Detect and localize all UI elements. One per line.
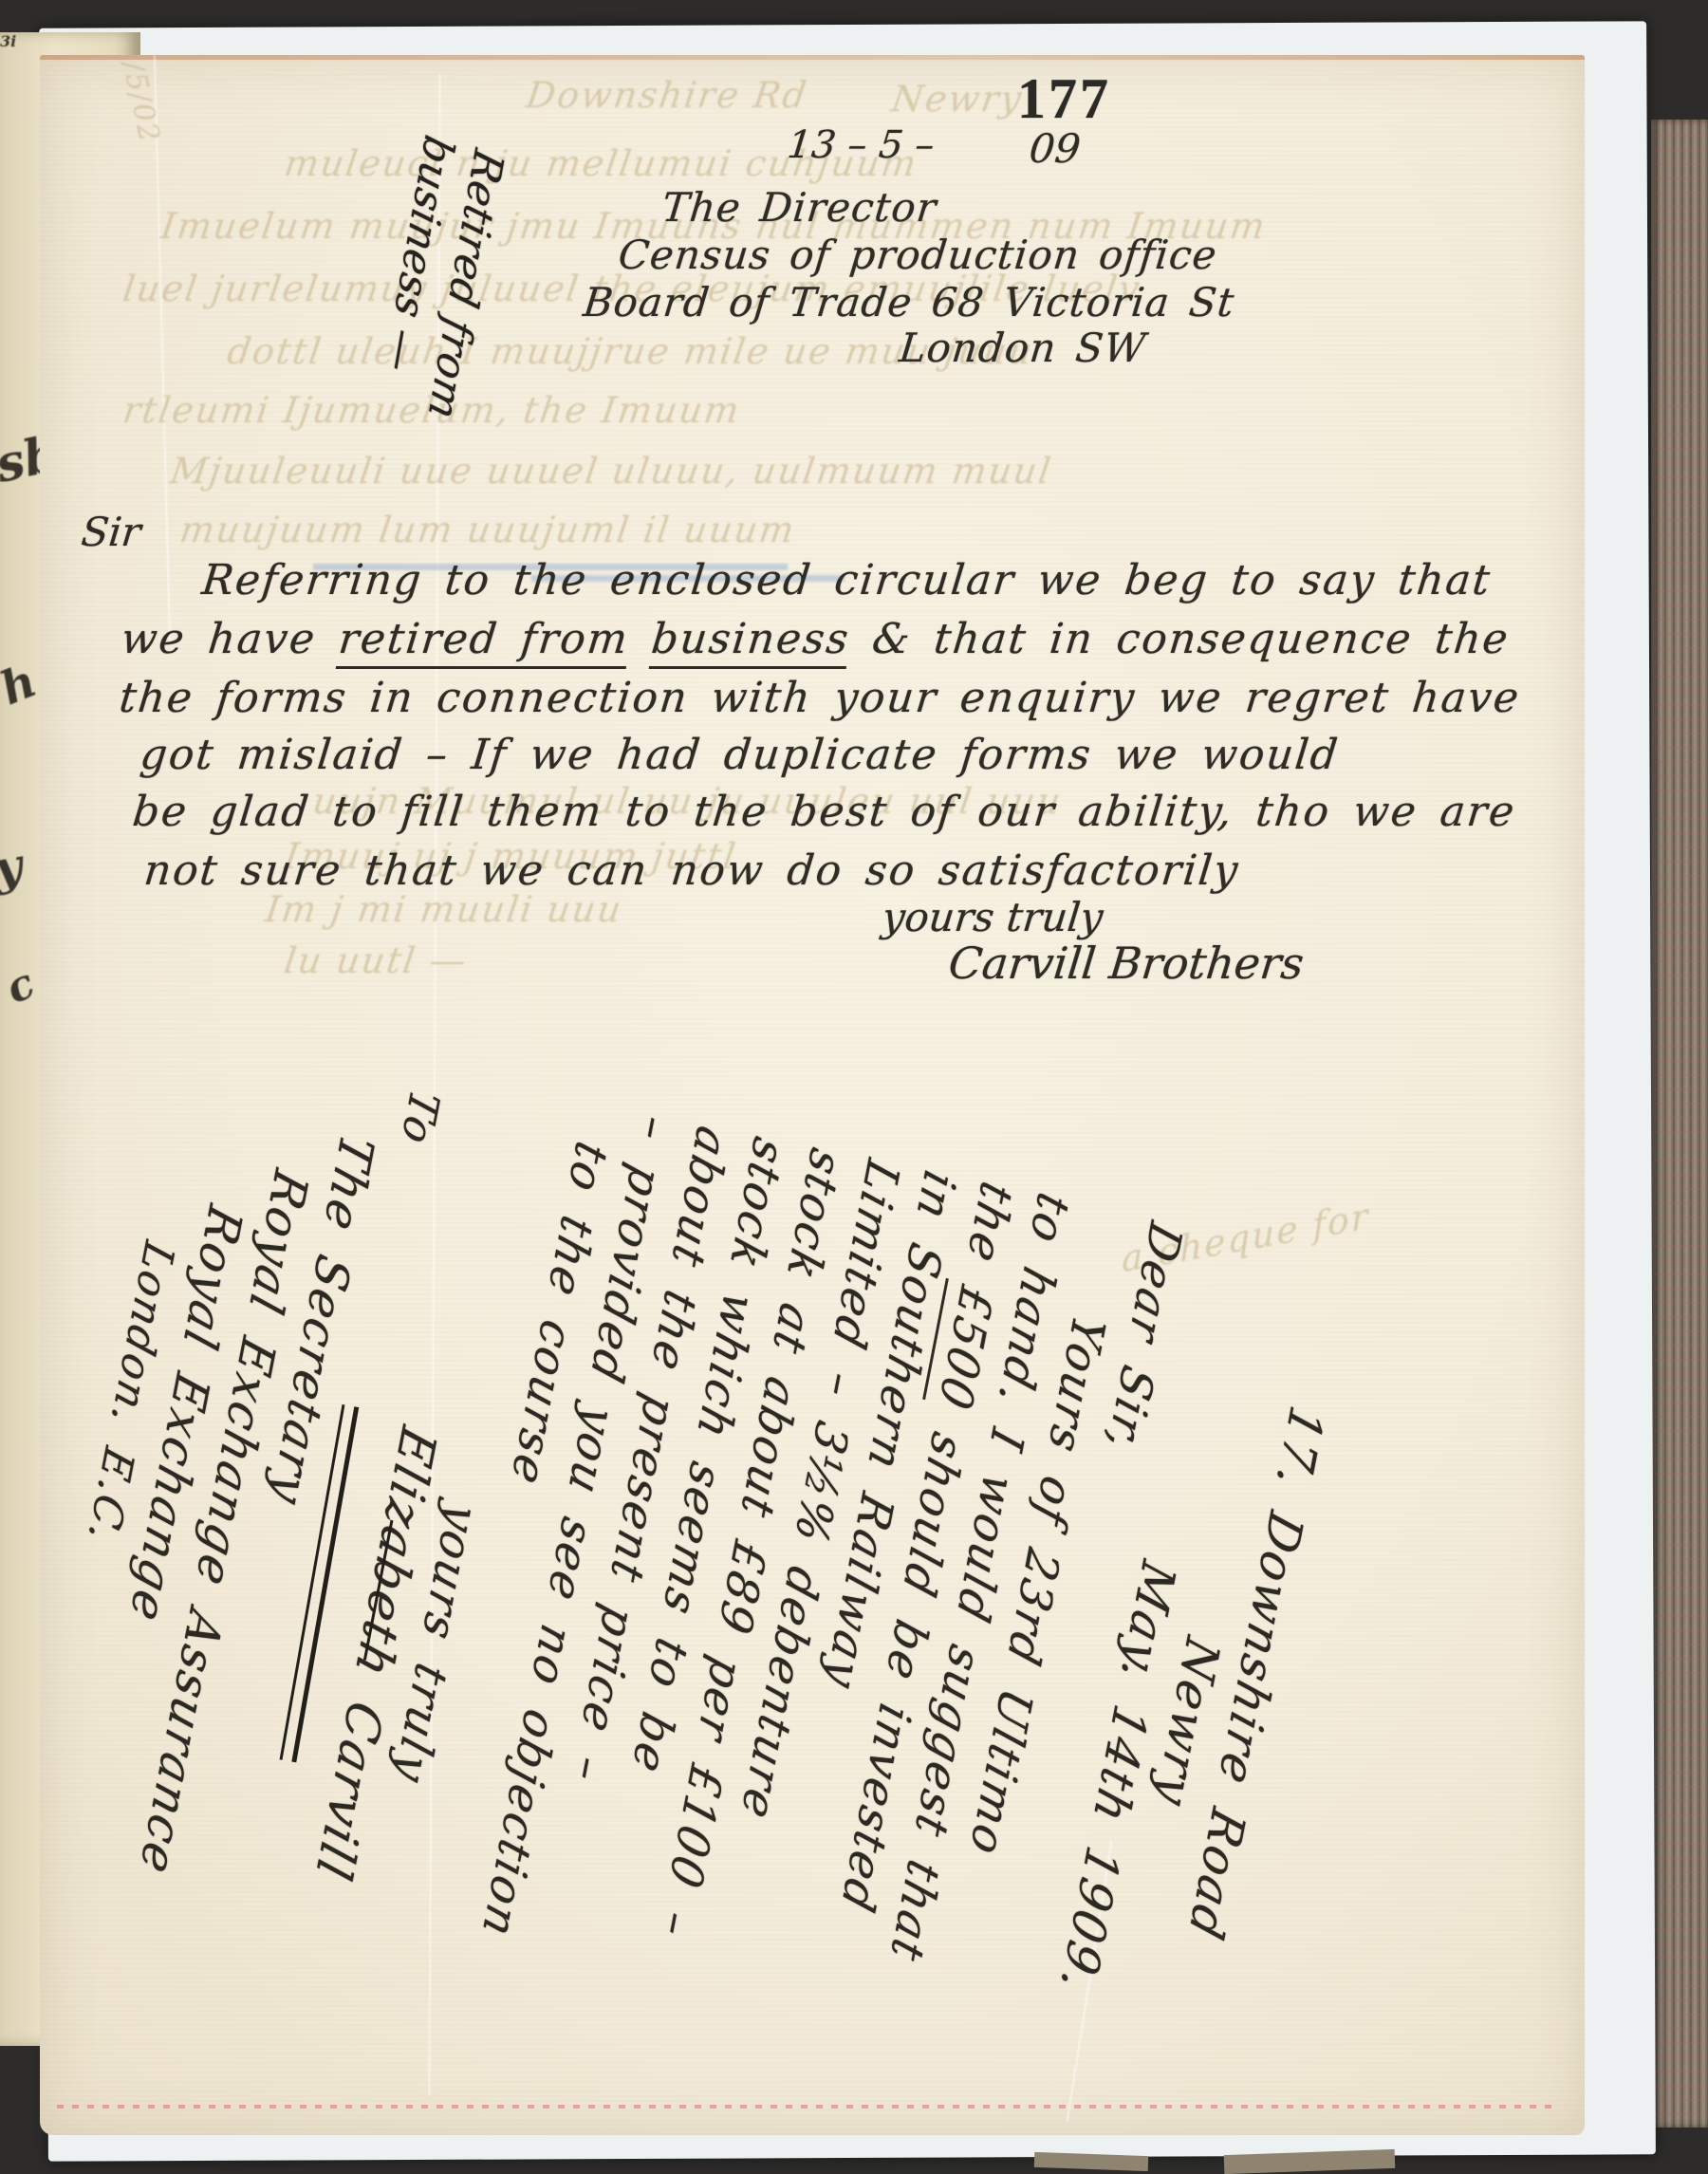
letter-book-page: Downshire Rd Newry muleucl n ju mellumui… [40, 55, 1585, 2135]
letter1-closing: yours truly [880, 894, 1105, 940]
letter1-body-line: be glad to fill them to the best of our … [130, 788, 1518, 836]
letter1-year: 09 [1027, 125, 1083, 172]
page-bottom-pink-edge [57, 2105, 1556, 2109]
recipient-line: Census of production office [616, 232, 1219, 278]
ghost-text: Downshire Rd [524, 74, 810, 116]
letter1-body-line: Referring to the enclosed circular we be… [199, 556, 1494, 604]
letter1-salutation: Sir [79, 509, 142, 555]
torn-paper-edge [1034, 2152, 1148, 2171]
letter1-date: 13 – 5 – [786, 123, 937, 167]
ghost-text: Mjuuleuuli uue uuuel uluuu, uulmuum muul [168, 450, 1055, 492]
letter1-body-line: we have retired from business & that in … [119, 615, 1512, 663]
letter1-body-line: got mislaid – If we had duplicate forms … [138, 731, 1342, 779]
ghost-text: muujuum lum uuujuml il uuum [177, 509, 799, 550]
letter1-signature: Carvill Brothers [946, 938, 1306, 989]
page-top-edge [40, 55, 1585, 60]
recipient-line: London SW [897, 325, 1148, 371]
body-text: & that in consequence the [847, 615, 1513, 663]
recipient-line: The Director [659, 184, 938, 231]
ghost-text: lu uutl — [282, 939, 471, 981]
ghost-text: 2/5/02 [112, 55, 166, 146]
underlined-business: business [648, 615, 852, 669]
ink-fragment: y [0, 837, 27, 897]
body-text: we have [119, 615, 342, 663]
ink-fragment: c [0, 959, 42, 1014]
book-fore-edge [1651, 120, 1708, 2128]
ink-fragment: h [0, 655, 44, 716]
recipient-line: Board of Trade 68 Victoria St [581, 279, 1236, 325]
letter1-body-line: not sure that we can now do so satisfact… [141, 846, 1241, 895]
rotated-letter: 17. Downshire Road Newry May. 14th 1909.… [40, 1020, 1366, 2135]
book-scan: 3i sb h y c Downshire Rd Newry muleucl n… [0, 0, 1708, 2174]
ink-fragment: 3i [0, 32, 16, 50]
ghost-text: Newry [889, 78, 1026, 120]
paper-crease [154, 55, 171, 643]
letter1-body-line: the forms in connection with your enquir… [117, 674, 1522, 722]
folio-number-stamp: 177 [1017, 66, 1111, 132]
underlined-retired-from: retired from [336, 615, 632, 669]
